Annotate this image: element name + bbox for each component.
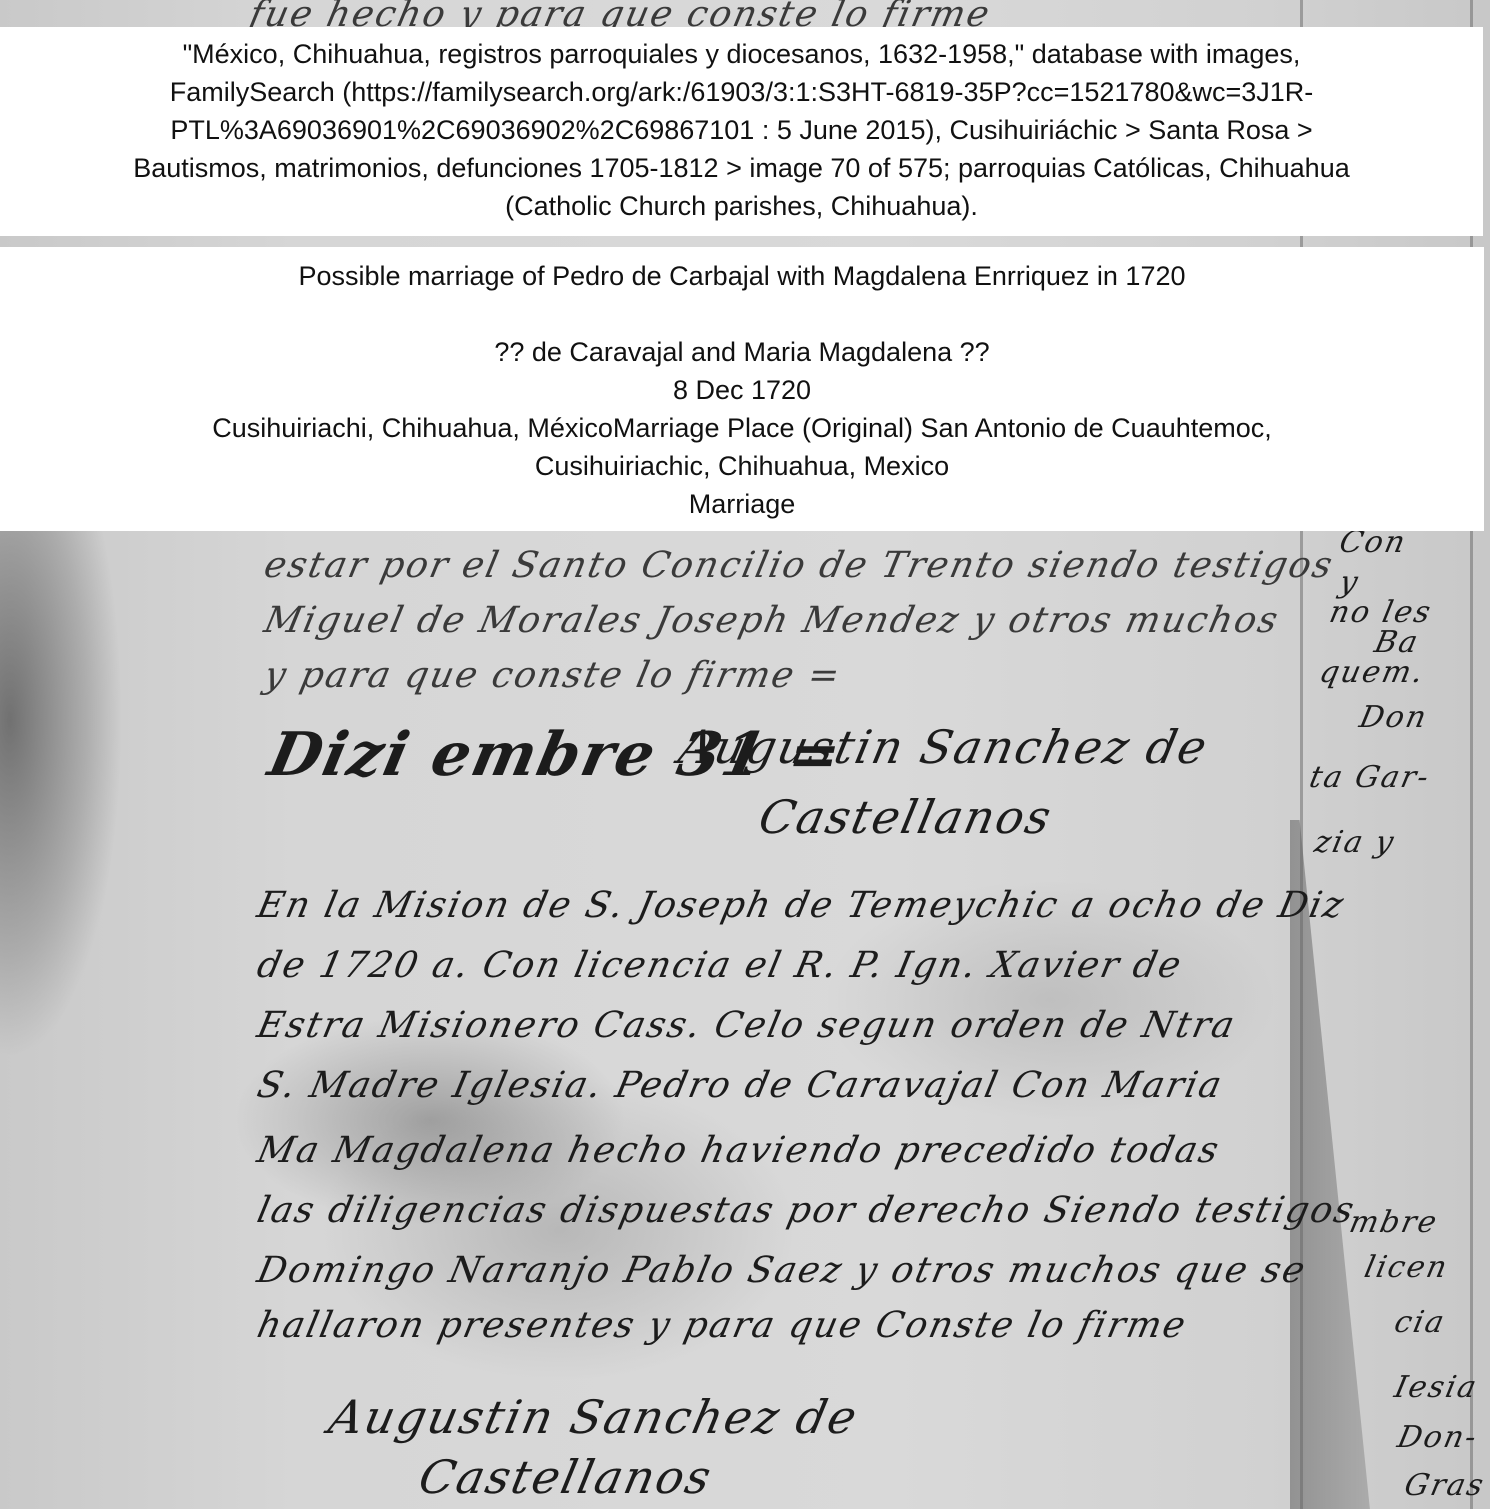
manuscript-line: Miguel de Morales Joseph Mendez y otros … — [261, 600, 1284, 641]
margin-note: Don — [1356, 700, 1431, 735]
manuscript-body-line: de 1720 a. Con licencia el R. P. Ign. Xa… — [254, 945, 1187, 986]
record-date: 8 Dec 1720 — [10, 371, 1474, 409]
manuscript-body-line: Domingo Naranjo Pablo Saez y otros mucho… — [254, 1250, 1311, 1291]
record-place: Cusihuiriachic, Chihuahua, Mexico — [10, 447, 1474, 485]
citation-box: "México, Chihuahua, registros parroquial… — [0, 27, 1483, 236]
manuscript-body-line: S. Madre Iglesia. Pedro de Caravajal Con… — [254, 1065, 1227, 1106]
record-event-type: Marriage — [10, 485, 1474, 523]
citation-line: FamilySearch (https://familysearch.org/a… — [8, 73, 1475, 111]
margin-note: quem. — [1316, 655, 1428, 690]
signature: Castellanos — [754, 790, 1057, 844]
manuscript-line: y para que conste lo firme = — [261, 655, 846, 696]
manuscript-body-line: Ma Magdalena hecho haviendo precedido to… — [254, 1130, 1224, 1171]
citation-line: PTL%3A69036901%2C69036902%2C69867101 : 5… — [8, 111, 1475, 149]
citation-line: Bautismos, matrimonios, defunciones 1705… — [8, 149, 1475, 187]
margin-note: licen — [1361, 1250, 1452, 1285]
manuscript-body-line: Estra Misionero Cass. Celo segun orden d… — [254, 1005, 1240, 1046]
citation-line: (Catholic Church parishes, Chihuahua). — [8, 187, 1475, 225]
signature: Castellanos — [414, 1450, 717, 1504]
manuscript-body-line: En la Mision de S. Joseph de Temeychic a… — [254, 885, 1349, 926]
signature: Augustin Sanchez de — [324, 1390, 863, 1444]
spacer — [10, 295, 1474, 333]
margin-note: cia — [1391, 1305, 1449, 1340]
margin-note: mbre — [1346, 1205, 1441, 1240]
margin-note: Iesia — [1391, 1370, 1481, 1405]
manuscript-line: estar por el Santo Concilio de Trento si… — [261, 545, 1338, 586]
record-heading: Possible marriage of Pedro de Carbajal w… — [10, 257, 1474, 295]
manuscript-body-line: las diligencias dispuestas por derecho S… — [254, 1190, 1360, 1231]
record-names: ?? de Caravajal and Maria Magdalena ?? — [10, 333, 1474, 371]
manuscript-body-line: hallaron presentes y para que Conste lo … — [254, 1305, 1191, 1346]
record-place: Cusihuiriachi, Chihuahua, MéxicoMarriage… — [10, 409, 1474, 447]
margin-note: Gras — [1401, 1468, 1488, 1503]
margin-note: Don- — [1394, 1420, 1481, 1455]
record-summary-box: Possible marriage of Pedro de Carbajal w… — [0, 247, 1484, 531]
margin-note: ta Gar- — [1306, 760, 1433, 795]
signature: Augustin Sanchez de — [674, 720, 1213, 774]
margin-note: zia y — [1311, 825, 1398, 860]
citation-line: "México, Chihuahua, registros parroquial… — [8, 35, 1475, 73]
